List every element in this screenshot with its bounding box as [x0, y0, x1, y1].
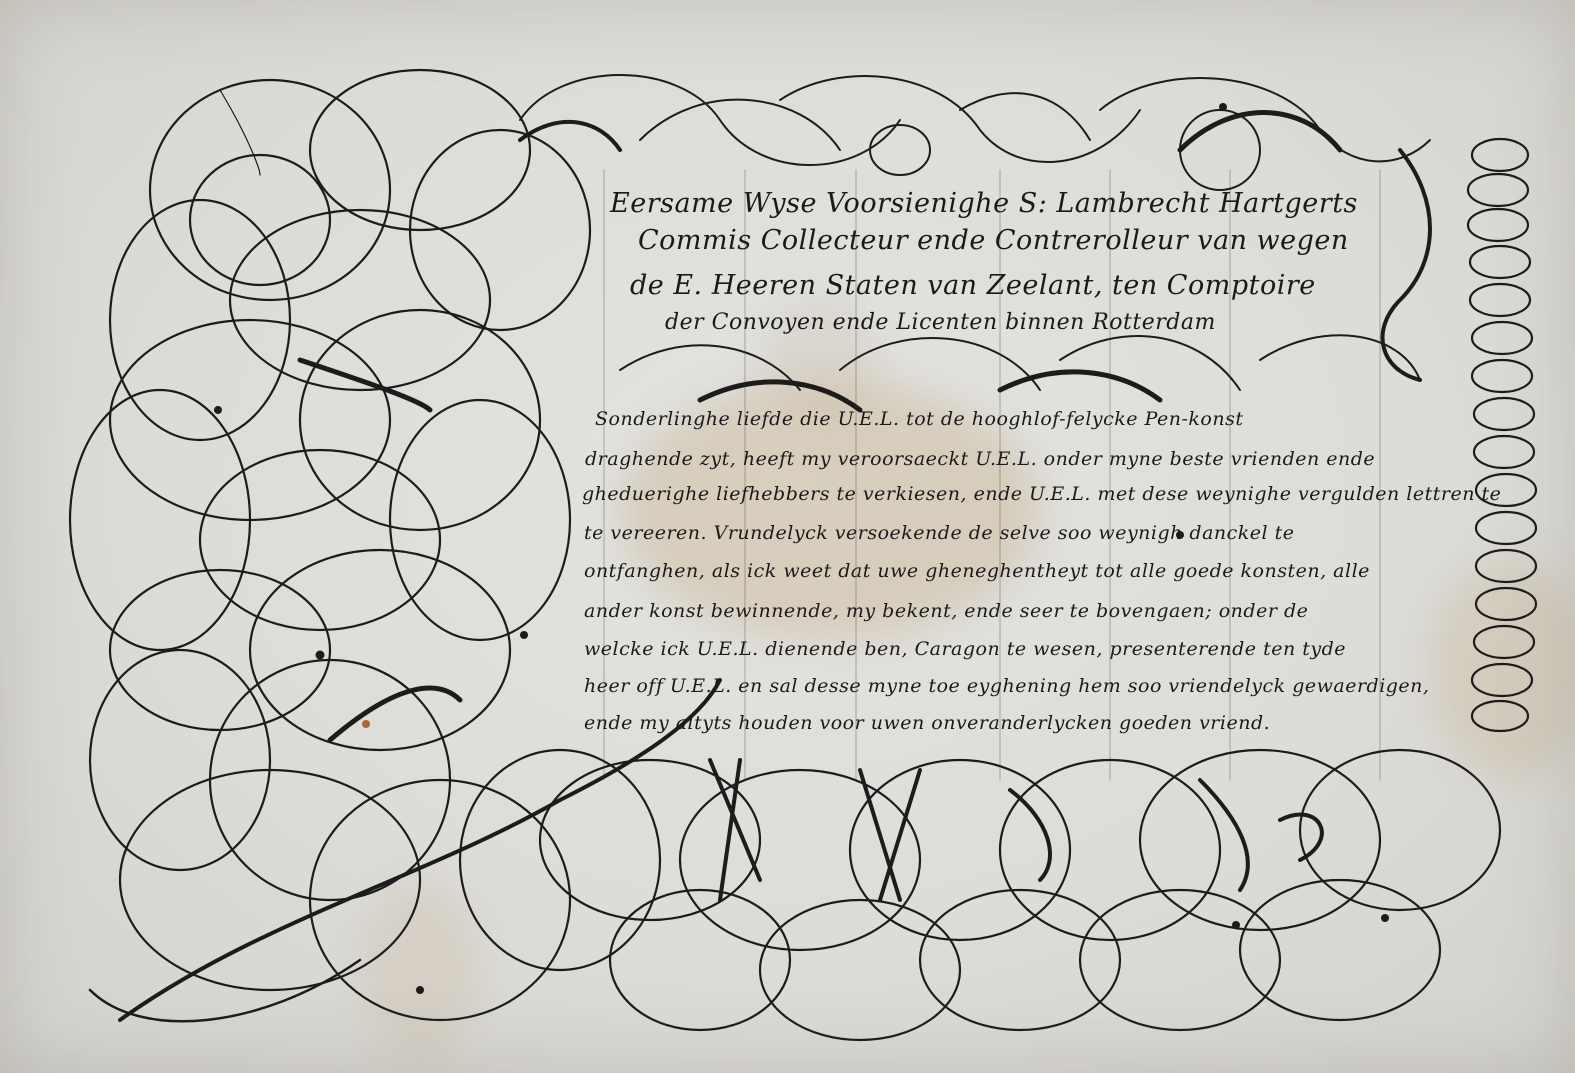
bottom-flourish-border	[540, 750, 1500, 1040]
body-line: heer off U.E.L. en sal desse myne toe ey…	[584, 675, 1429, 697]
body-line: te vereeren. Vrundelyck versoekende de s…	[584, 522, 1295, 544]
body-line: ende my altyts houden voor uwen onverand…	[584, 712, 1270, 734]
address-line: de E. Heeren Staten van Zeelant, ten Com…	[630, 270, 1316, 301]
body-line: ander konst bewinnende, my bekent, ende …	[584, 600, 1308, 622]
body-line: Sonderlinghe liefde die U.E.L. tot de ho…	[595, 408, 1244, 430]
address-line: der Convoyen ende Licenten binnen Rotter…	[665, 310, 1216, 335]
manuscript-sheet: Eersame Wyse Voorsienighe S: Lambrecht H…	[0, 0, 1575, 1073]
mid-flourish-row	[620, 335, 1420, 410]
address-line: Commis Collecteur ende Contrerolleur van…	[638, 225, 1349, 256]
body-line: draghende zyt, heeft my veroorsaeckt U.E…	[585, 448, 1375, 470]
right-spiral-border	[1383, 139, 1536, 731]
top-flourish-border	[520, 75, 1430, 190]
address-line: Eersame Wyse Voorsienighe S: Lambrecht H…	[610, 188, 1358, 219]
body-line: gheduerighe liefhebbers te verkiesen, en…	[582, 483, 1501, 505]
body-line: welcke ick U.E.L. dienende ben, Caragon …	[584, 638, 1346, 660]
body-line: ontfanghen, als ick weet dat uwe ghenegh…	[584, 560, 1370, 582]
